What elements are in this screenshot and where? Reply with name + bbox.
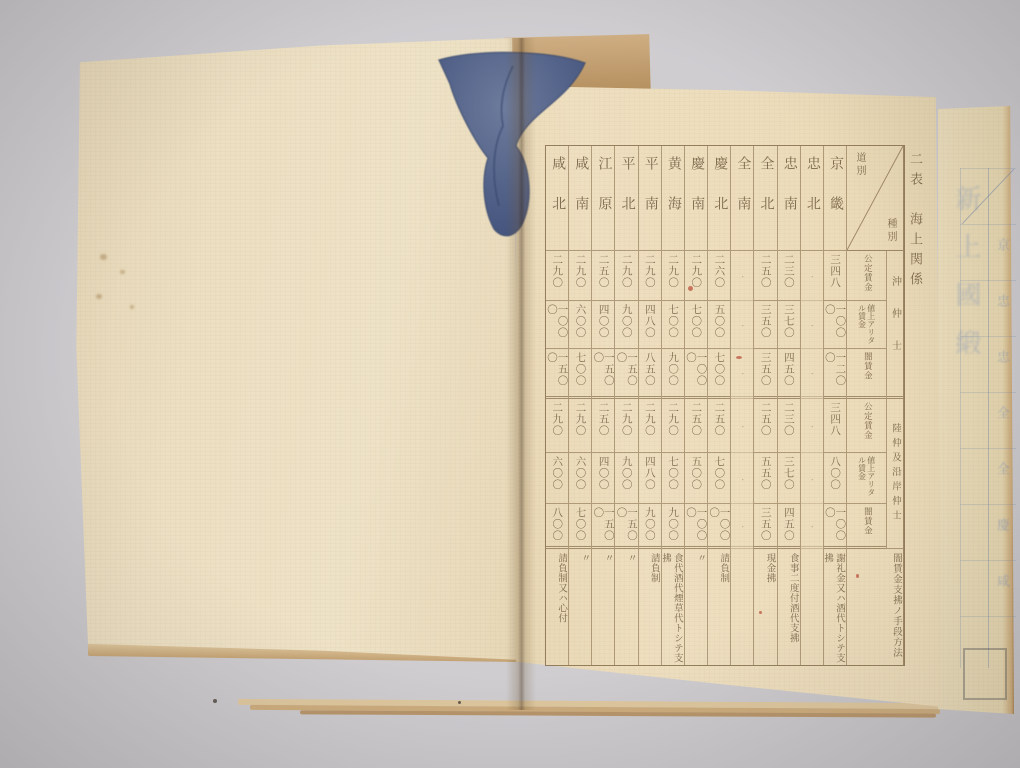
wage-value-cell: ・ [801, 453, 823, 504]
wage-value-cell: 九〇〇 [662, 504, 684, 549]
wage-value-cell: ・ [731, 399, 753, 453]
foxing-spot [96, 294, 102, 299]
table-column-慶北: 慶北二六〇五〇〇七〇〇二五〇七〇〇一〇〇〇請負制 [708, 146, 731, 665]
province-header: 江原 [592, 146, 614, 251]
wage-value-cell: 六〇〇 [546, 453, 568, 504]
province-header: 慶北 [708, 146, 730, 251]
wage-value-cell: 四五〇 [778, 504, 800, 549]
table-title: 二表 海上関係 [905, 152, 924, 452]
dark-speck [213, 699, 217, 703]
next-page-grid-line [988, 168, 989, 668]
next-page-column-labels: 京忠忠全全慶咸 [992, 238, 1011, 630]
payment-method-cell: 食事二度付酒代支拂 [778, 549, 800, 665]
red-mark [759, 611, 762, 614]
wage-value-cell: 五〇〇 [708, 301, 730, 349]
wage-value-cell: 六〇〇 [569, 453, 591, 504]
wage-value-cell: 三五〇 [754, 301, 776, 349]
wage-value-cell: 二九〇 [546, 251, 568, 301]
wage-value-cell: 一二〇〇 [824, 349, 846, 399]
wage-value-cell: 二九〇 [569, 399, 591, 453]
province-header: 忠北 [801, 146, 823, 251]
wage-value-cell: 一〇〇〇 [824, 504, 846, 549]
wage-value-cell: ・ [801, 349, 823, 399]
table-column-全北: 全北二五〇三五〇三五〇二五〇五五〇三五〇現金拂 [754, 146, 777, 665]
wage-value-cell: 四〇〇 [592, 453, 614, 504]
show-through-text: 新上國緞 [948, 185, 985, 377]
table-column-全南: 全南・・・・・・ [731, 146, 754, 665]
province-header: 咸北 [546, 146, 568, 251]
red-mark [856, 574, 859, 578]
wage-value-cell: 七〇〇 [569, 504, 591, 549]
wage-value-cell: 二五〇 [592, 399, 614, 453]
table-column-忠北: 忠北・・・・・・ [801, 146, 824, 665]
wage-value-cell: 二九〇 [546, 399, 568, 453]
wage-value-cell: 一〇〇〇 [685, 504, 707, 549]
wage-value-cell: 二九〇 [662, 399, 684, 453]
red-mark [688, 286, 693, 291]
wage-value-cell: ・ [731, 504, 753, 549]
group-label-land-coastal-stevedores: 陸仲及沿岸仲士 [887, 399, 903, 549]
table-column-京畿: 京畿三四八一〇〇〇一二〇〇三四八八〇〇一〇〇〇謝礼金又ハ酒代トシテ支拂 [824, 146, 847, 665]
payment-method-cell: 〃 [685, 549, 707, 665]
province-header: 全北 [754, 146, 776, 251]
wage-value-cell: 一〇〇〇 [685, 349, 707, 399]
table-column-江原: 江原二五〇四〇〇一五〇〇二五〇四〇〇一五〇〇〃 [592, 146, 615, 665]
wage-value-cell: 四五〇 [778, 349, 800, 399]
wage-value-cell: 五〇〇 [685, 453, 707, 504]
payment-method-cell: 請負制 [639, 549, 661, 665]
payment-method-cell [801, 549, 823, 665]
wage-value-cell: 一五〇〇 [615, 349, 637, 399]
wage-value-cell: 九〇〇 [615, 301, 637, 349]
wage-value-cell: 八〇〇 [824, 453, 846, 504]
wage-value-cell: 二五〇 [685, 399, 707, 453]
table-column-咸南: 咸南二九〇六〇〇七〇〇二九〇六〇〇七〇〇〃 [569, 146, 592, 665]
wage-value-cell: 二九〇 [685, 251, 707, 301]
province-header: 慶南 [685, 146, 707, 251]
wage-value-cell: 九〇〇 [662, 349, 684, 399]
group-label-offshore-stevedores: 沖仲士 [887, 251, 903, 399]
wage-value-cell: 五五〇 [754, 453, 776, 504]
wage-value-cell: 六〇〇 [569, 301, 591, 349]
table-column-忠南: 忠南二三〇三七〇四五〇二三〇三七〇四五〇食事二度付酒代支拂 [778, 146, 801, 665]
row-label-raised-wage: 値上アリタル賃金 [847, 453, 886, 504]
table-column-黄海: 黄海二九〇七〇〇九〇〇二九〇七〇〇九〇〇食代酒代煙草代トシテ支拂 [662, 146, 685, 665]
wage-value-cell: 二五〇 [708, 399, 730, 453]
wage-value-cell: 七〇〇 [685, 301, 707, 349]
payment-method-cell: 食代酒代煙草代トシテ支拂 [662, 549, 684, 665]
row-label-black-market-wage: 闇賃金 [847, 349, 886, 399]
wage-value-cell: 二九〇 [662, 251, 684, 301]
wage-table: 道別 種別 沖仲士 陸仲及沿岸仲士 公定賃金 値上アリタル賃金 闇賃金 公定賃金… [545, 145, 905, 666]
corner-label-provinces: 道別 [852, 152, 867, 178]
foxing-spot [100, 254, 107, 260]
wage-value-cell: 四八〇 [639, 301, 661, 349]
wage-value-cell: 二五〇 [754, 399, 776, 453]
province-header: 平南 [639, 146, 661, 251]
row-label-raised-wage: 値上アリタル賃金 [847, 301, 886, 349]
wage-value-cell: ・ [731, 301, 753, 349]
table-column-平北: 平北二九〇九〇〇一五〇〇二九〇九〇〇一五〇〇〃 [615, 146, 638, 665]
wage-value-cell: 二九〇 [569, 251, 591, 301]
province-header: 全南 [731, 146, 753, 251]
wage-value-cell: ・ [801, 301, 823, 349]
wage-value-cell: 二六〇 [708, 251, 730, 301]
wage-value-cell: 二三〇 [778, 399, 800, 453]
red-mark [736, 356, 742, 359]
photograph-of-open-ledger: 新上國緞 京忠忠全全慶咸 二表 海上関係 [0, 0, 1020, 768]
wage-value-cell: 七〇〇 [662, 453, 684, 504]
corner-label-categories: 種別 [883, 218, 898, 244]
province-header: 忠南 [778, 146, 800, 251]
wage-value-cell: 三七〇 [778, 453, 800, 504]
table-column-平南: 平南二九〇四八〇八五〇二九〇四八〇九〇〇請負制 [639, 146, 662, 665]
wage-value-cell: 二九〇 [639, 251, 661, 301]
foxing-spot [120, 270, 125, 274]
wage-value-cell: 二五〇 [754, 251, 776, 301]
wage-value-cell: 七〇〇 [662, 301, 684, 349]
payment-method-cell: 謝礼金又ハ酒代トシテ支拂 [824, 549, 846, 665]
wage-value-cell: 七〇〇 [708, 349, 730, 399]
wage-value-cell: ・ [731, 251, 753, 301]
row-label-official-wage: 公定賃金 [847, 251, 886, 301]
row-label-official-wage: 公定賃金 [847, 399, 886, 453]
wage-value-cell: 九〇〇 [639, 504, 661, 549]
wage-value-cell: 一〇〇〇 [708, 504, 730, 549]
payment-method-cell: 〃 [592, 549, 614, 665]
payment-method-cell: 〃 [569, 549, 591, 665]
province-header: 咸南 [569, 146, 591, 251]
payment-method-cell: 現金拂 [754, 549, 776, 665]
wage-value-cell: 二九〇 [639, 399, 661, 453]
wage-value-cell: 一五〇〇 [615, 504, 637, 549]
wage-value-cell: 七〇〇 [708, 453, 730, 504]
wage-value-cell: 七〇〇 [569, 349, 591, 399]
worker-group-column: 沖仲士 陸仲及沿岸仲士 [886, 251, 903, 549]
wage-type-labels: 公定賃金 値上アリタル賃金 闇賃金 公定賃金 値上アリタル賃金 闇賃金 [847, 251, 886, 549]
wage-value-cell: 二九〇 [615, 399, 637, 453]
wage-value-cell: 四八〇 [639, 453, 661, 504]
wage-value-cell: ・ [801, 251, 823, 301]
wage-value-cell: 一五〇〇 [546, 349, 568, 399]
wage-value-cell: 一五〇〇 [592, 504, 614, 549]
table-column-慶南: 慶南二九〇七〇〇一〇〇〇二五〇五〇〇一〇〇〇〃 [685, 146, 708, 665]
diagonal-corner-cell: 道別 種別 [847, 146, 903, 251]
foxing-spot [130, 305, 134, 309]
wage-value-cell: ・ [731, 349, 753, 399]
payment-method-cell: 請負制 [708, 549, 730, 665]
province-header: 京畿 [824, 146, 846, 251]
dark-speck [458, 701, 461, 704]
wage-value-cell: 一〇〇〇 [546, 301, 568, 349]
table-column-咸北: 咸北二九〇一〇〇〇一五〇〇二九〇六〇〇八〇〇請負制又ハ心付 [546, 146, 569, 665]
wage-value-cell: 九〇〇 [615, 453, 637, 504]
wage-value-cell: 二三〇 [778, 251, 800, 301]
wage-value-cell: 四〇〇 [592, 301, 614, 349]
wage-value-cell: 一五〇〇 [592, 349, 614, 399]
payment-method-cell [731, 549, 753, 665]
wage-value-cell: 二九〇 [615, 251, 637, 301]
payment-method-cell: 〃 [615, 549, 637, 665]
next-page-bottom-cell [963, 648, 1007, 700]
wage-value-cell: 三五〇 [754, 349, 776, 399]
wage-value-cell: 二五〇 [592, 251, 614, 301]
wage-value-cell: ・ [731, 453, 753, 504]
wage-value-cell: 三五〇 [754, 504, 776, 549]
province-header: 黄海 [662, 146, 684, 251]
row-label-payment-method: 闇賃金支拂ノ手段方法 [847, 549, 903, 665]
wage-value-cell: 八〇〇 [546, 504, 568, 549]
province-header: 平北 [615, 146, 637, 251]
wage-value-cell: 八五〇 [639, 349, 661, 399]
wage-value-cell: 一〇〇〇 [824, 301, 846, 349]
row-label-black-market-wage: 闇賃金 [847, 504, 886, 549]
payment-method-cell: 請負制又ハ心付 [546, 549, 568, 665]
wage-value-cell: 三四八 [824, 399, 846, 453]
table-header-column: 道別 種別 沖仲士 陸仲及沿岸仲士 公定賃金 値上アリタル賃金 闇賃金 公定賃金… [847, 146, 904, 665]
wage-value-cell: ・ [801, 504, 823, 549]
wage-value-cell: 三四八 [824, 251, 846, 301]
wage-value-cell: 三七〇 [778, 301, 800, 349]
wage-value-cell: ・ [801, 399, 823, 453]
row-label-area: 沖仲士 陸仲及沿岸仲士 公定賃金 値上アリタル賃金 闇賃金 公定賃金 値上アリタ… [847, 251, 903, 549]
